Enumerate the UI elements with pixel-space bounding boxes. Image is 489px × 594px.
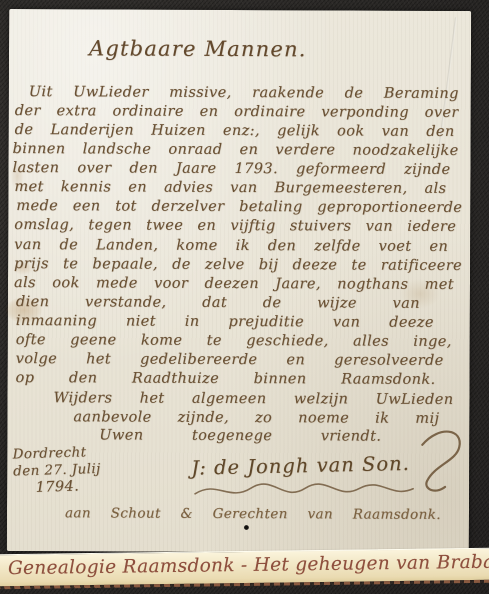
dateline-date: den 27. Julij xyxy=(13,461,101,480)
letter-paper: Agtbaare Mannen. Uit UwLieder missive, r… xyxy=(7,9,471,553)
ink-dot xyxy=(244,525,249,530)
caption-watermark-bar: Genealogie Raamsdonk - Het geheugen van … xyxy=(0,548,489,587)
letter-body-line: omslag, tegen twee en vijftig stuivers v… xyxy=(14,216,456,238)
caption-text: Genealogie Raamsdonk - Het geheugen van … xyxy=(8,550,489,579)
letter-dateline: Dordrecht den 27. Julij 1794. xyxy=(12,444,101,498)
letter-body-line: op den Raadthuize binnen Raamsdonk. xyxy=(16,369,436,391)
dateline-place: Dordrecht xyxy=(12,444,86,462)
scanned-letter-page: { "page": { "background_color": "#2b2927… xyxy=(0,0,489,594)
signature-flourish xyxy=(177,422,467,518)
dateline-year: 1794. xyxy=(13,478,101,498)
letter-salutation: Agtbaare Mannen. xyxy=(89,36,307,61)
letter-address-line: aan Schout & Gerechten van Raamsdonk. xyxy=(65,505,441,523)
